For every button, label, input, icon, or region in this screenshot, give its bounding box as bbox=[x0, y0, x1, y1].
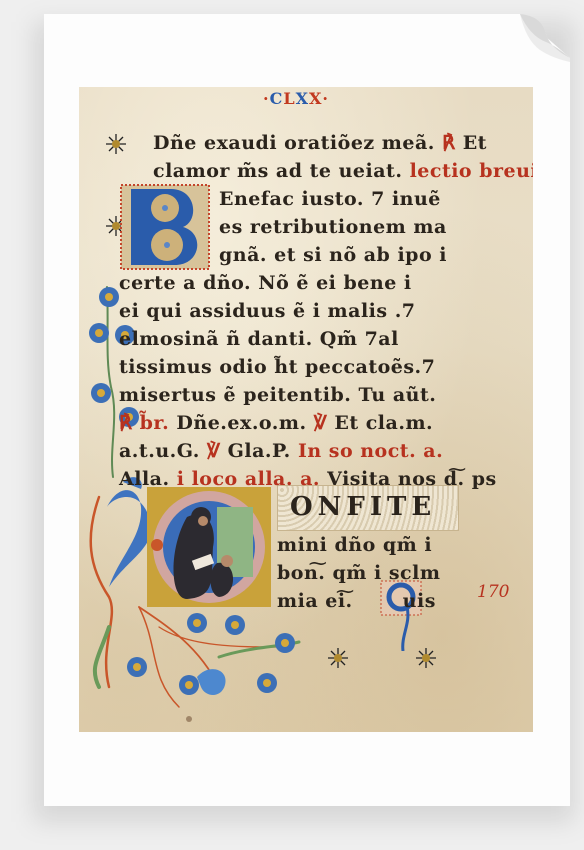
text-line-4: es retributionem ma bbox=[219, 215, 447, 239]
text-line-9: tissimus odio h̃t peccatoẽs.7 bbox=[119, 355, 435, 379]
text-line-2: clamor m̃s ad te ueiat. lectio breuis. bbox=[153, 159, 533, 183]
display-capitals-text: ONFITE bbox=[290, 492, 436, 522]
page-curl-icon bbox=[516, 14, 570, 62]
text-line-13: Alla. i loco alla. a. Visita nos d͠. ps bbox=[119, 467, 497, 491]
text-line-8: elmosinã ñ danti. Qm̃ 7al bbox=[119, 327, 399, 351]
text-line-14: mini dño qm̃ i bbox=[277, 533, 432, 557]
text-line-11: ℟ b̃r. Dñe.ex.o.m. ℣ Et cla.m. bbox=[119, 411, 433, 435]
text-line-3: Enefac iusto. 7 inuẽ bbox=[219, 187, 441, 211]
manuscript-folio: ·CLXX· bbox=[79, 87, 533, 732]
text-line-16: mia ei͠.uis bbox=[277, 589, 436, 613]
historiated-initial-c bbox=[147, 487, 271, 607]
text-line-12: a.t.u.G. ℣ Gla.P. In so noct. a. bbox=[119, 439, 443, 463]
page-number: 170 bbox=[477, 582, 509, 602]
text-line-6: certe a dño. Nõ ẽ ei bene i bbox=[119, 271, 412, 295]
text-line-15: bon͠. qm̃ i sclm bbox=[277, 561, 440, 585]
display-capitals-panel: ONFITE bbox=[277, 485, 459, 531]
decorated-initial-b bbox=[117, 181, 213, 273]
text-line-1: Dñe exaudi oratiõez meã. ℟ Et bbox=[153, 131, 487, 155]
text-line-5: gnã. et si nõ ab ipo i bbox=[219, 243, 447, 267]
text-line-7: ei qui assiduus ẽ i malis .7 bbox=[119, 299, 416, 323]
text-line-10: misertus ẽ peitentib. Tu aũt. bbox=[119, 383, 436, 407]
